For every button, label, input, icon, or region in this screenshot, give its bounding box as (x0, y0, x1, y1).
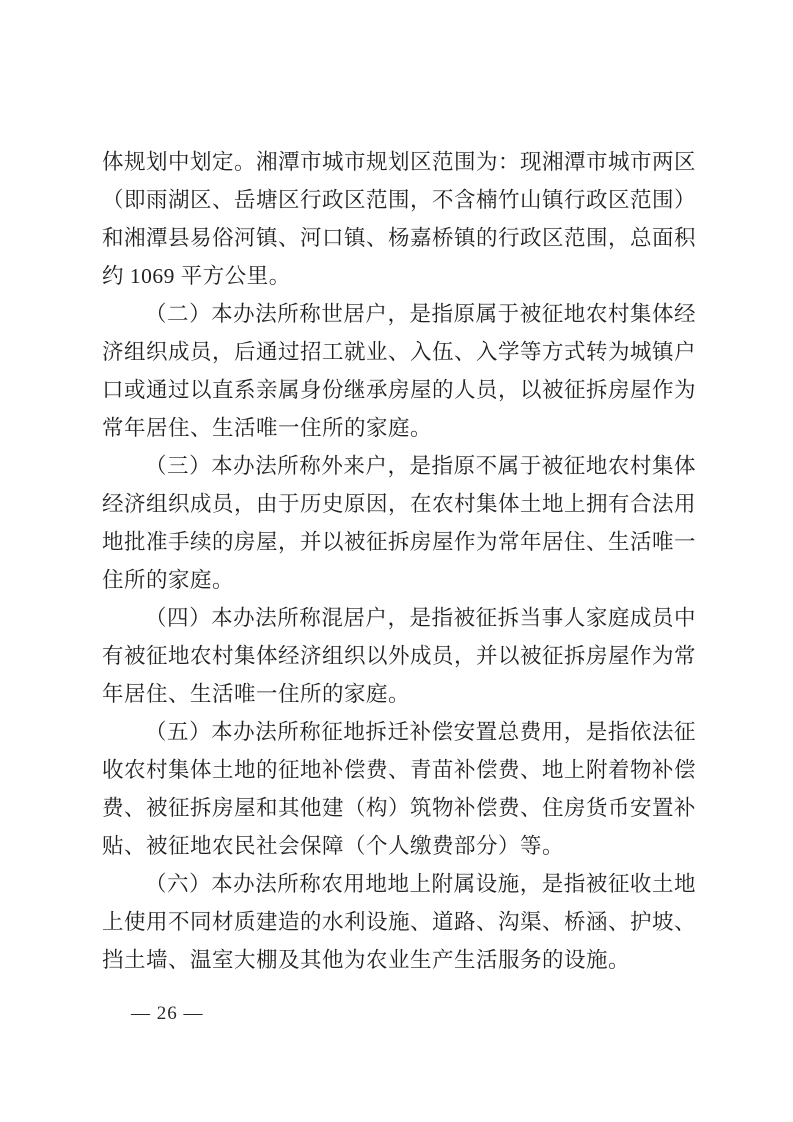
body-text: 体规划中划定。湘潭市城市规划区范围为：现湘潭市城市两区（即雨湖区、岳塘区行政区范… (102, 143, 696, 979)
paragraph-item-5-total-compensation-cost: （五）本办法所称征地拆迁补偿安置总费用，是指依法征收农村集体土地的征地补偿费、青… (102, 713, 696, 865)
paragraph-continuation-planning-area: 体规划中划定。湘潭市城市规划区范围为：现湘潭市城市两区（即雨湖区、岳塘区行政区范… (102, 143, 696, 295)
page-number: — 26 — (131, 1001, 204, 1027)
document-page: 体规划中划定。湘潭市城市规划区范围为：现湘潭市城市两区（即雨湖区、岳塘区行政区范… (0, 0, 793, 1122)
paragraph-item-3-wailaihu: （三）本办法所称外来户，是指原不属于被征地农村集体经济组织成员，由于历史原因，在… (102, 447, 696, 599)
paragraph-item-2-shijuhu: （二）本办法所称世居户，是指原属于被征地农村集体经济组织成员，后通过招工就业、入… (102, 295, 696, 447)
paragraph-item-4-hunjuhu: （四）本办法所称混居户，是指被征拆当事人家庭成员中有被征地农村集体经济组织以外成… (102, 599, 696, 713)
paragraph-item-6-farmland-attached-facilities: （六）本办法所称农用地地上附属设施，是指被征收土地上使用不同材质建造的水利设施、… (102, 865, 696, 979)
